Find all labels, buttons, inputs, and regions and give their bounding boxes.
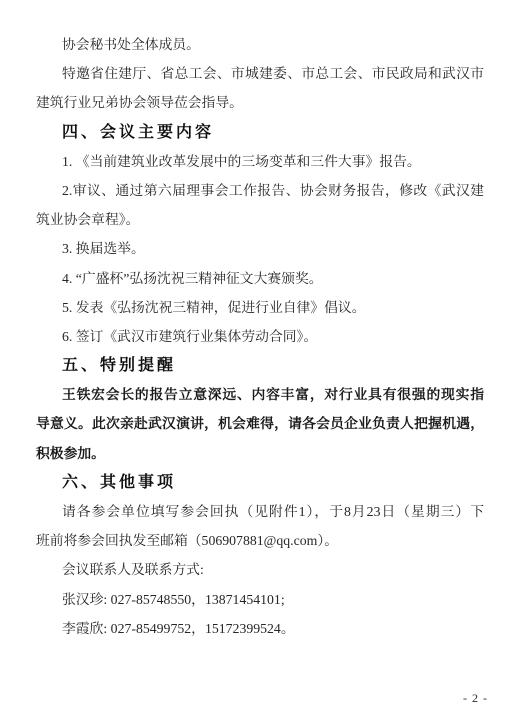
- reminder-text-line3: 积极参加。: [36, 439, 484, 468]
- section-heading-other-items: 六、其他事项: [36, 468, 484, 497]
- agenda-item-3: 3. 换届选举。: [36, 234, 484, 263]
- document-body: 协会秘书处全体成员。 特邀省住建厅、省总工会、市城建委、市总工会、市民政局和武汉…: [36, 30, 484, 643]
- page-number: - 2 -: [463, 691, 488, 706]
- contact-line-zhang: 张汉珍: 027-85748550，13871454101;: [36, 585, 484, 614]
- reminder-text-line1: 王铁宏会长的报告立意深远、内容丰富，对行业具有很强的现实指: [36, 380, 484, 409]
- agenda-item-5: 5. 发表《弘扬沈祝三精神，促进行业自律》倡议。: [36, 293, 484, 322]
- section-heading-meeting-content: 四、会议主要内容: [36, 118, 484, 147]
- return-receipt-line2: 班前将参会回执发至邮箱（506907881@qq.com）。: [36, 526, 484, 555]
- agenda-item-6: 6. 签订《武汉市建筑行业集体劳动合同》。: [36, 322, 484, 351]
- contact-method-intro: 会议联系人及联系方式:: [36, 555, 484, 584]
- agenda-item-2-line2: 筑业协会章程》。: [36, 205, 484, 234]
- contact-line-li: 李霞欣: 027-85499752，15172399524。: [36, 614, 484, 643]
- paragraph-invitees-line1: 特邀省住建厅、省总工会、市城建委、市总工会、市民政局和武汉市: [36, 59, 484, 88]
- section-heading-special-reminder: 五、特别提醒: [36, 351, 484, 380]
- agenda-item-1: 1. 《当前建筑业改革发展中的三场变革和三件大事》报告。: [36, 147, 484, 176]
- agenda-item-4: 4. “广盛杯”弘扬沈祝三精神征文大赛颁奖。: [36, 264, 484, 293]
- return-receipt-line1: 请各参会单位填写参会回执（见附件1），于8月23日（星期三）下: [36, 497, 484, 526]
- agenda-item-2-line1: 2.审议、通过第六届理事会工作报告、协会财务报告，修改《武汉建: [36, 176, 484, 205]
- document-page: 协会秘书处全体成员。 特邀省住建厅、省总工会、市城建委、市总工会、市民政局和武汉…: [0, 0, 520, 710]
- paragraph-invitees-line2: 建筑行业兄弟协会领导莅会指导。: [36, 88, 484, 117]
- reminder-text-line2: 导意义。此次亲赴武汉演讲，机会难得，请各会员企业负责人把握机遇，: [36, 409, 484, 438]
- paragraph-attendees-tail: 协会秘书处全体成员。: [36, 30, 484, 59]
